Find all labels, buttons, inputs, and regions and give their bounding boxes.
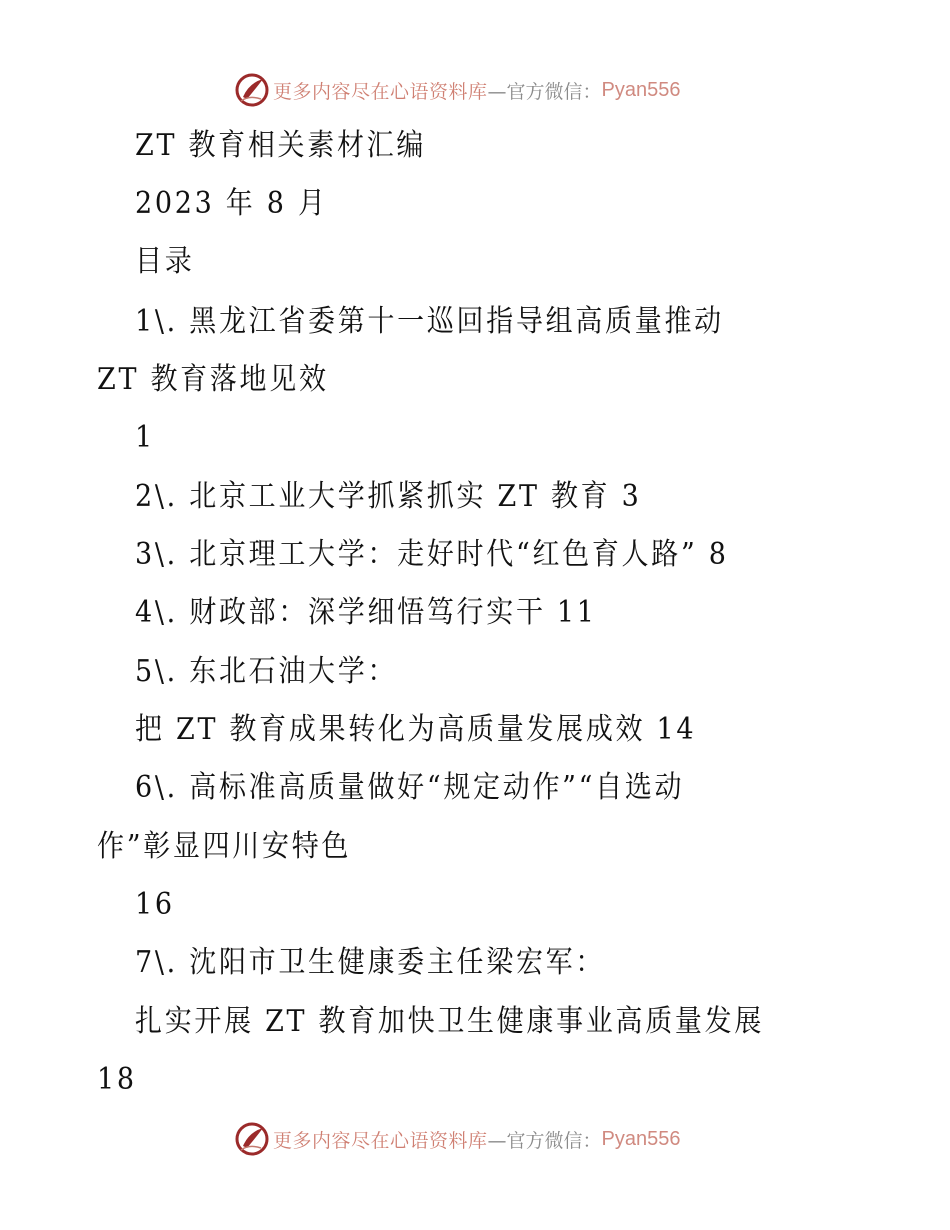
quill-pen-logo-icon [235, 1122, 269, 1156]
toc-entry-7-line-1: 7\. 沈阳市卫生健康委主任梁宏军： [135, 943, 605, 983]
toc-entry-4: 4\. 财政部：深学细悟笃行实干 11 [135, 593, 597, 633]
toc-entry-7-line-2: 扎实开展 ZT 教育加快卫生健康事业高质量发展 [135, 1002, 764, 1042]
watermark-wechat-id: Pyan556 [602, 1128, 681, 1151]
toc-entry-6-line-1: 6\. 高标准高质量做好“规定动作”“自选动 [135, 768, 684, 808]
watermark-main-text: 更多内容尽在心语资料库 [273, 1126, 488, 1153]
toc-entry-7-page: 18 [97, 1060, 137, 1100]
watermark-wechat-id: Pyan556 [602, 79, 681, 102]
toc-entry-6-line-2: 作”彰显四川安特色 [97, 827, 351, 867]
watermark-separator-text: —官方微信： [488, 1126, 602, 1153]
header-watermark: 更多内容尽在心语资料库 —官方微信： Pyan556 [235, 72, 681, 108]
toc-entry-1-line-2: ZT 教育落地见效 [97, 360, 329, 400]
toc-entry-6-page: 16 [135, 885, 175, 925]
toc-entry-5-line-2: 把 ZT 教育成果转化为高质量发展成效 14 [135, 710, 696, 750]
watermark-main-text: 更多内容尽在心语资料库 [273, 77, 488, 104]
footer-watermark: 更多内容尽在心语资料库 —官方微信： Pyan556 [235, 1121, 681, 1157]
document-date: 2023 年 8 月 [135, 184, 328, 224]
toc-entry-1-page: 1 [135, 418, 155, 458]
quill-pen-logo-icon [235, 73, 269, 107]
toc-entry-3: 3\. 北京理工大学：走好时代“红色育人路” 8 [135, 535, 729, 575]
toc-heading: 目录 [135, 242, 194, 282]
toc-entry-2: 2\. 北京工业大学抓紧抓实 ZT 教育 3 [135, 477, 642, 517]
document-title: ZT 教育相关素材汇编 [135, 126, 426, 166]
watermark-separator-text: —官方微信： [488, 77, 602, 104]
toc-entry-1-line-1: 1\. 黑龙江省委第十一巡回指导组高质量推动 [135, 302, 724, 342]
toc-entry-5-line-1: 5\. 东北石油大学： [135, 652, 397, 692]
